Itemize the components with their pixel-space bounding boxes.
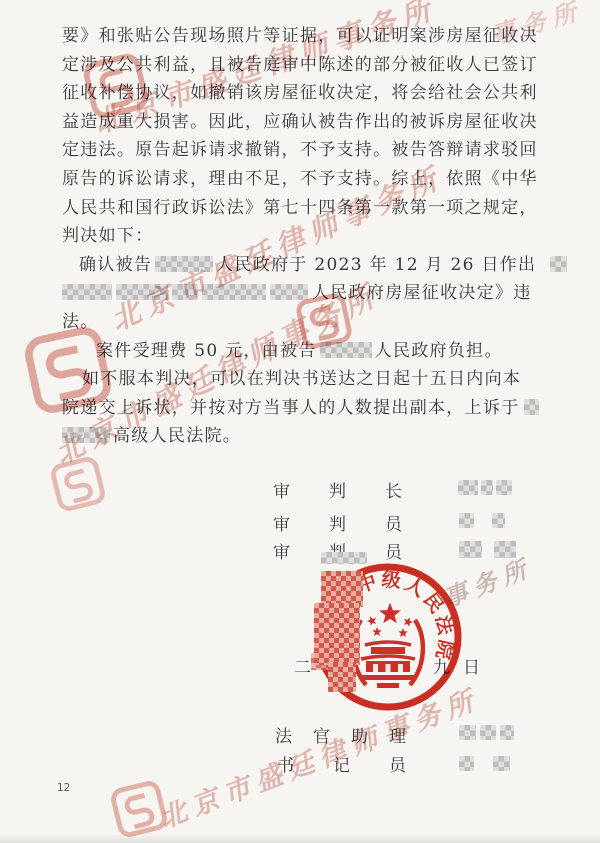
star-icon	[373, 628, 382, 636]
redaction-mosaic	[494, 541, 516, 558]
law-firm-logo-watermark	[46, 452, 109, 515]
star-icon	[403, 616, 414, 627]
body-text-segment: 定违法。原告起诉请求撤销，不予支持。被告答辩请求驳回	[62, 140, 538, 160]
tiananmen-gate	[360, 642, 416, 680]
clerk-label: 书记员	[277, 751, 445, 776]
body-line: 要》和张贴公告现场照片等证据，可以证明案涉房屋征收决	[62, 22, 548, 51]
body-line: 法。	[62, 308, 548, 337]
redaction-mosaic	[116, 284, 168, 300]
body-text-segment: 如不服本判决，可以在判决书送达之日起十五日内向本	[82, 369, 521, 389]
redaction-mosaic	[459, 756, 474, 771]
national-emblem	[353, 604, 423, 688]
redaction-mosaic	[500, 725, 514, 740]
body-text-segment: 定涉及公共利益，且被告庭审中陈述的部分被征收人已签订	[62, 55, 538, 75]
redaction-mosaic	[155, 256, 213, 272]
presiding-judge-label: 审判长	[273, 477, 441, 502]
law-firm-logo-watermark	[106, 776, 171, 841]
redaction-mosaic	[62, 284, 112, 300]
body-text-segment: 人民共和国行政诉讼法》第七十四条第一款第一项之规定，	[62, 198, 538, 218]
star-icon	[380, 604, 399, 622]
judge-name-redacted	[459, 513, 505, 528]
body-text-segment: 征收补偿协议，如撤销该房屋征收决定，将会给社会公共利	[62, 83, 538, 103]
seal-redaction-mosaic	[314, 603, 360, 665]
body-line: 定违法。原告起诉请求撤销，不予支持。被告答辩请求驳回	[62, 136, 548, 165]
body-text-segment: 益造成重大损害。因此，应确认被告作出的被诉房屋征收决	[62, 112, 538, 132]
body-line: 判决如下：	[62, 222, 548, 251]
redaction-mosaic	[480, 725, 496, 740]
body-line: 征收补偿协议，如撤销该房屋征收决定，将会给社会公共利	[62, 79, 548, 108]
redaction-mosaic	[202, 284, 266, 300]
body-line: 益造成重大损害。因此，应确认被告作出的被诉房屋征收决	[62, 108, 548, 137]
body-line: 原告的诉讼请求，理由不足，不予支持。综上，依照《中华	[62, 165, 548, 194]
body-line-appeal: 高级人民法院。	[62, 422, 548, 451]
body-line-appeal: 如不服本判决，可以在判决书送达之日起十五日内向本	[62, 365, 548, 394]
redaction-mosaic	[524, 399, 539, 415]
body-line-appeal: 院递交上诉状，并按对方当事人的人数提出副本，上诉于	[62, 394, 548, 423]
body-text-segment: 高级人民法院。	[113, 426, 241, 446]
judgment-page: 要》和张贴公告现场照片等证据，可以证明案涉房屋征收决 定涉及公共利益，且被告庭审…	[0, 0, 600, 843]
body-text-segment: 原告的诉讼请求，理由不足，不予支持。综上，依照《中华	[62, 169, 538, 189]
body-text-segment: 法。	[62, 312, 99, 332]
redaction-mosaic	[459, 513, 474, 528]
body-line-verdict: 确认被告人民政府于 2023 年 12 月 26 日作出	[62, 251, 548, 280]
judge-label: 审判员	[273, 510, 441, 535]
judgment-body: 要》和张贴公告现场照片等证据，可以证明案涉房屋征收决 定涉及公共利益，且被告庭审…	[62, 22, 548, 451]
body-text-segment: 确认被告	[79, 255, 152, 275]
body-text-segment: 人民政府于 2023 年 12 月 26 日作出	[216, 255, 536, 275]
body-line: 人民共和国行政诉讼法》第七十四条第一款第一项之规定，	[62, 194, 548, 223]
body-text-segment: 案件受理费 50 元，由被告	[96, 341, 317, 361]
redaction-mosaic	[270, 284, 308, 300]
redaction-mosaic	[320, 342, 372, 358]
star-icon	[399, 629, 408, 637]
presiding-judge-name-redacted	[458, 480, 512, 495]
seal-redaction-mosaic	[321, 552, 367, 564]
body-text-segment: 人民政府房屋征收决定》违	[312, 283, 532, 303]
redaction-mosaic	[493, 756, 510, 771]
redaction-mosaic	[459, 725, 476, 740]
seal-redaction-mosaic	[328, 662, 356, 692]
body-line-verdict: 人民政府房屋征收决定》违	[62, 279, 548, 308]
body-text-segment: 人民政府负担。	[375, 341, 503, 361]
body-text-segment: 要》和张贴公告现场照片等证据，可以证明案涉房屋征收决	[62, 26, 538, 46]
redaction-mosaic	[62, 427, 110, 443]
redaction-mosaic	[458, 480, 478, 495]
assistant-judge-label: 法官助理	[275, 722, 427, 747]
page-number: 12	[57, 782, 70, 794]
body-line: 定涉及公共利益，且被告庭审中陈述的部分被征收人已签订	[62, 51, 548, 80]
redaction-mosaic	[496, 480, 512, 495]
redaction-mosaic	[481, 480, 493, 495]
wreath-ribbon	[377, 683, 399, 688]
body-text-segment: 判决如下：	[62, 226, 154, 246]
star-icon	[366, 615, 377, 626]
redaction-mosaic	[550, 256, 567, 272]
seal-redaction-mosaic	[321, 571, 363, 607]
body-line-fee: 案件受理费 50 元，由被告人民政府负担。	[62, 337, 548, 366]
redaction-mosaic	[492, 513, 505, 528]
body-text-segment: 院递交上诉状，并按对方当事人的人数提出副本，上诉于	[62, 398, 520, 418]
assistant-name-redacted	[459, 725, 514, 740]
clerk-name-redacted	[459, 756, 510, 771]
redaction-mosaic	[172, 284, 198, 300]
